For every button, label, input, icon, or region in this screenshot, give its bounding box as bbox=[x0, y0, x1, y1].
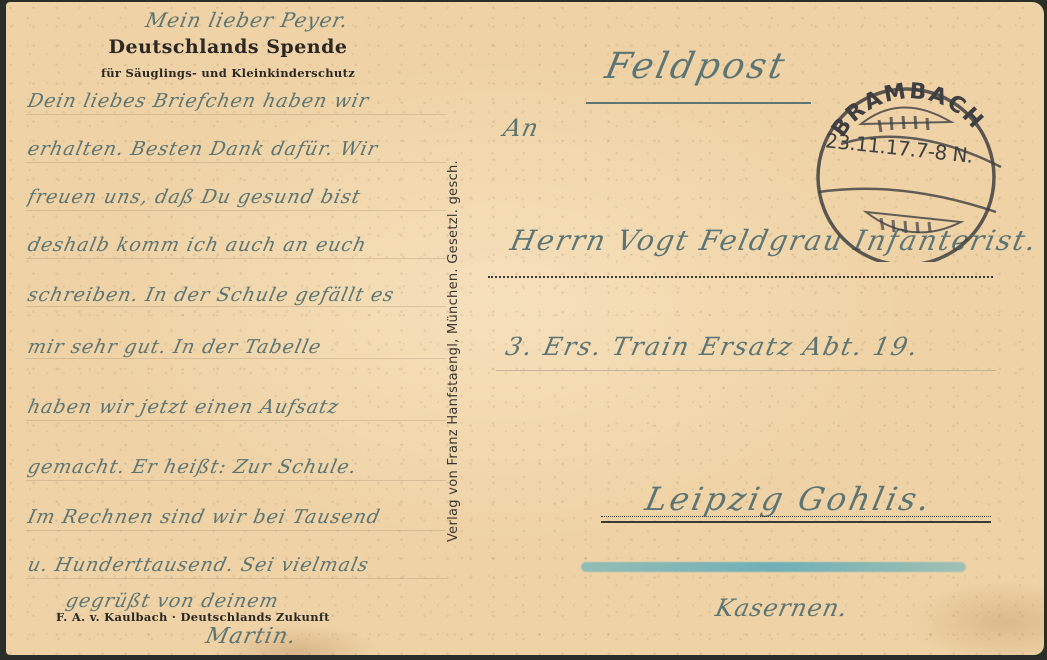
message-line: mir sehr gut. In der Tabelle bbox=[26, 336, 451, 358]
address-line-unit: 3. Ers. Train Ersatz Abt. 19. bbox=[503, 332, 922, 361]
city-underline bbox=[601, 521, 991, 523]
message-line: haben wir jetzt einen Aufsatz bbox=[26, 396, 451, 418]
guide-rule bbox=[26, 530, 446, 531]
guide-rule bbox=[26, 480, 446, 481]
address-dotted-rule bbox=[488, 276, 993, 278]
message-line: schreiben. In der Schule gefällt es bbox=[26, 284, 451, 306]
postmark-circle-icon: BRAMBACH bbox=[801, 72, 1006, 262]
guide-rule bbox=[26, 358, 446, 359]
postmark-stamp: BRAMBACH 23.11.17.7-8 N. bbox=[801, 72, 1006, 262]
publisher-credit: Verlag von Franz Hanfstaengl, München. G… bbox=[446, 160, 461, 542]
blue-crayon-stroke bbox=[581, 562, 966, 572]
guide-rule bbox=[26, 306, 446, 307]
salutation: Mein lieber Peyer. bbox=[143, 8, 350, 32]
guide-rule bbox=[26, 420, 446, 421]
address-rule bbox=[496, 370, 996, 371]
address-prefix: An bbox=[501, 114, 542, 142]
guide-rule bbox=[26, 114, 446, 115]
message-line: Dein liebes Briefchen haben wir bbox=[26, 90, 451, 112]
guide-rule bbox=[26, 210, 446, 211]
message-line: u. Hunderttausend. Sei vielmals bbox=[26, 554, 451, 576]
printed-subtitle: für Säuglings- und Kleinkinderschutz bbox=[68, 66, 388, 80]
address-dotted-rule bbox=[601, 516, 991, 517]
message-line: gemacht. Er heißt: Zur Schule. bbox=[26, 456, 451, 478]
printed-footer: F. A. v. Kaulbach · Deutschlands Zukunft bbox=[56, 610, 330, 624]
message-line: gegrüßt von deinem bbox=[64, 590, 409, 612]
guide-rule bbox=[26, 258, 446, 259]
message-line: Im Rechnen sind wir bei Tausend bbox=[26, 506, 451, 528]
guide-rule bbox=[26, 578, 446, 579]
guide-rule bbox=[26, 162, 446, 163]
printed-title: Deutschlands Spende bbox=[98, 36, 358, 58]
postcard: Mein lieber Peyer. Deutschlands Spende f… bbox=[6, 2, 1044, 655]
signature: Martin. bbox=[203, 624, 299, 649]
message-line: deshalb komm ich auch an euch bbox=[26, 234, 451, 256]
address-line-barracks: Kasernen. bbox=[713, 594, 851, 622]
feldpost-underline bbox=[586, 102, 811, 104]
message-line: erhalten. Besten Dank dafür. Wir bbox=[26, 138, 451, 160]
message-line: freuen uns, daß Du gesund bist bbox=[26, 186, 451, 208]
feldpost-label: Feldpost bbox=[602, 46, 791, 87]
address-line-city: Leipzig Gohlis. bbox=[642, 480, 936, 518]
